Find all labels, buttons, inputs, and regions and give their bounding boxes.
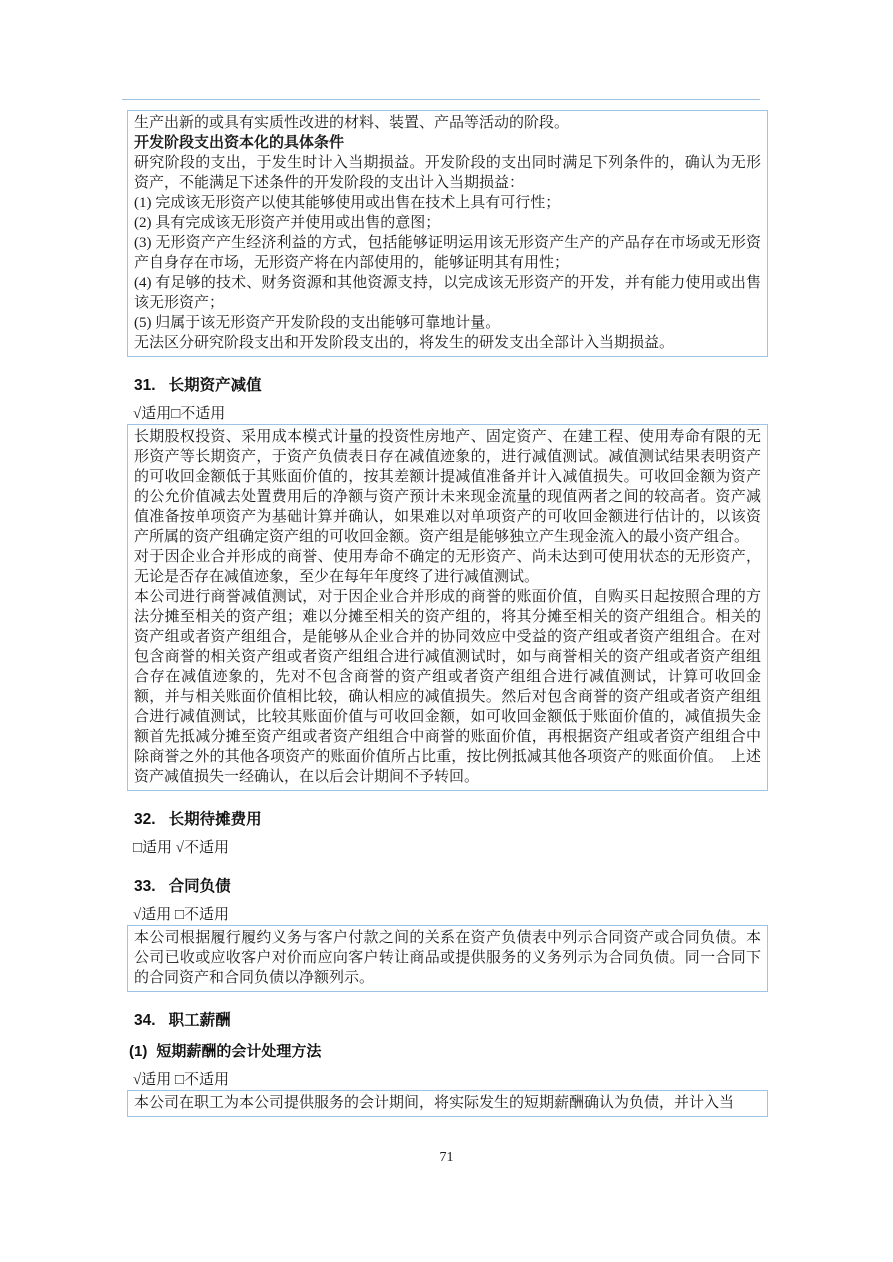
- section-31-applicability: √适用□不适用: [133, 404, 768, 424]
- section-32-applicability: □适用 √不适用: [133, 838, 768, 858]
- section-32-number: 32.: [134, 811, 156, 828]
- impairment-paragraph-1: 长期股权投资、采用成本模式计量的投资性房地产、固定资产、在建工程、使用寿命有限的…: [134, 427, 761, 547]
- impairment-paragraph-3: 本公司进行商誉减值测试，对于因企业合并形成的商誉的账面价值，自购买日起按照合理的…: [134, 587, 761, 787]
- policy-block-intangible-development: 生产出新的或具有实质性改进的材料、装置、产品等活动的阶段。 开发阶段支出资本化的…: [127, 110, 768, 357]
- section-34-heading: 34.职工薪酬: [134, 1010, 768, 1031]
- policy-block-long-term-asset-impairment: 长期股权投资、采用成本模式计量的投资性房地产、固定资产、在建工程、使用寿命有限的…: [127, 424, 768, 791]
- section-32-title: 长期待摊费用: [169, 811, 262, 828]
- section-31-number: 31.: [134, 377, 156, 394]
- section-34-sub1-number: (1): [129, 1043, 147, 1060]
- section-33-applicability: √适用 □不适用: [133, 905, 768, 925]
- intangible-condition-2: (2) 具有完成该无形资产并使用或出售的意图；: [134, 213, 761, 233]
- section-34-sub1-heading: (1)短期薪酬的会计处理方法: [129, 1041, 768, 1062]
- impairment-paragraph-2: 对于因企业合并形成的商誉、使用寿命不确定的无形资产、尚未达到可使用状态的无形资产…: [134, 547, 761, 587]
- intangible-condition-1: (1) 完成该无形资产以使其能够使用或出售在技术上具有可行性；: [134, 193, 761, 213]
- page-number: 71: [0, 1150, 893, 1166]
- section-31-heading: 31.长期资产减值: [134, 375, 768, 396]
- short-term-compensation-paragraph: 本公司在职工为本公司提供服务的会计期间，将实际发生的短期薪酬确认为负债，并计入当: [134, 1093, 761, 1113]
- section-33-title: 合同负债: [169, 878, 231, 895]
- section-34-sub1-applicability: √适用 □不适用: [133, 1070, 768, 1090]
- section-33-number: 33.: [134, 878, 156, 895]
- policy-block-contract-liabilities: 本公司根据履行履约义务与客户付款之间的关系在资产负债表中列示合同资产或合同负债。…: [127, 925, 768, 992]
- intangible-condition-3: (3) 无形资产产生经济利益的方式，包括能够证明运用该无形资产生产的产品存在市场…: [134, 233, 761, 273]
- page-content: 生产出新的或具有实质性改进的材料、装置、产品等活动的阶段。 开发阶段支出资本化的…: [127, 0, 768, 1117]
- intangible-condition-5: (5) 归属于该无形资产开发阶段的支出能够可靠地计量。: [134, 313, 761, 333]
- policy-block-short-term-compensation: 本公司在职工为本公司提供服务的会计期间，将实际发生的短期薪酬确认为负债，并计入当: [127, 1090, 768, 1117]
- contract-liabilities-paragraph: 本公司根据履行履约义务与客户付款之间的关系在资产负债表中列示合同资产或合同负债。…: [134, 928, 761, 988]
- intangible-subheading: 开发阶段支出资本化的具体条件: [134, 133, 761, 153]
- document-page: 生产出新的或具有实质性改进的材料、装置、产品等活动的阶段。 开发阶段支出资本化的…: [0, 0, 893, 1262]
- intangible-closing-line: 无法区分研究阶段支出和开发阶段支出的，将发生的研发支出全部计入当期损益。: [134, 333, 761, 353]
- intangible-condition-4: (4) 有足够的技术、财务资源和其他资源支持，以完成该无形资产的开发，并有能力使…: [134, 273, 761, 313]
- intangible-intro-line: 生产出新的或具有实质性改进的材料、装置、产品等活动的阶段。: [134, 113, 761, 133]
- section-31-title: 长期资产减值: [169, 377, 262, 394]
- section-34-number: 34.: [134, 1012, 156, 1029]
- intangible-paragraph: 研究阶段的支出，于发生时计入当期损益。开发阶段的支出同时满足下列条件的，确认为无…: [134, 153, 761, 193]
- table-continuation-divider: [122, 99, 760, 100]
- section-34-title: 职工薪酬: [169, 1012, 231, 1029]
- section-33-heading: 33.合同负债: [134, 876, 768, 897]
- section-34-sub1-title: 短期薪酬的会计处理方法: [156, 1043, 321, 1060]
- section-32-heading: 32.长期待摊费用: [134, 809, 768, 830]
